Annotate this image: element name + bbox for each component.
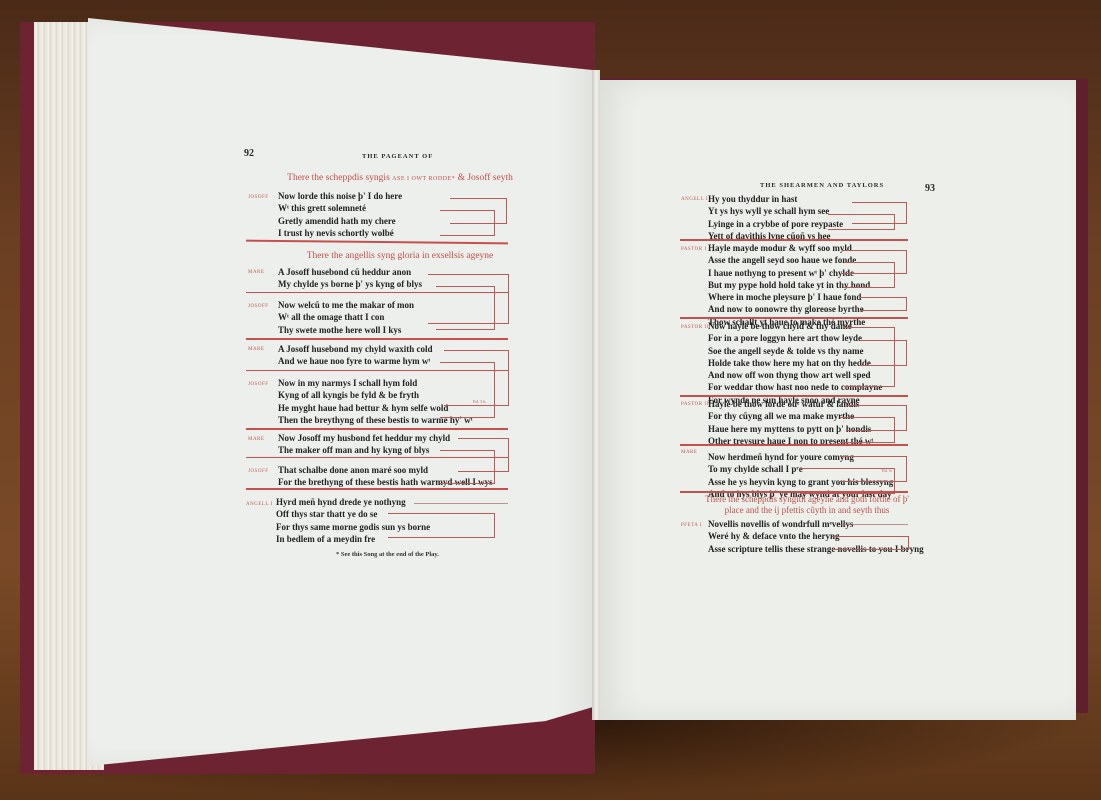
rhyme-bracket — [840, 417, 895, 443]
speech-block: Now lorde this noise þ' I do here Wᵗ thi… — [278, 190, 402, 239]
speech-block: Now welcũ to me the makar of mon Wᵗ all … — [278, 299, 414, 336]
speaker-label: PASTOR I — [681, 247, 707, 252]
section-rule — [246, 488, 508, 490]
rhyme-bracket — [440, 210, 495, 236]
speech-block: A Josoff husebond my chyld waxith cold A… — [278, 343, 433, 368]
rhyme-bracket — [860, 297, 907, 311]
rhyme-bracket — [436, 286, 495, 330]
speaker-label: MARE — [681, 450, 697, 455]
verse-line: Hy you thyddur in hast — [708, 193, 843, 205]
speaker-label: PASTOR II — [681, 325, 709, 330]
speech-block: Hy you thyddur in hast Yt ys hys wyll ye… — [708, 193, 843, 242]
rhyme-bracket — [832, 536, 909, 550]
section-rule — [680, 395, 908, 397]
speaker-label: PFETA I — [681, 523, 702, 528]
speaker-label: JOSOFF — [248, 304, 269, 309]
stage-small-caps: ASE I OWT RODDE* — [392, 176, 455, 182]
section-rule — [680, 444, 908, 446]
speaker-label: JOSOFF — [248, 469, 269, 474]
verse-line: Now Josoff my husbond fet heddur my chyl… — [278, 432, 450, 444]
rhyme-bracket — [440, 362, 495, 418]
verse-line: A Josoff husebond cũ heddur anon — [278, 266, 422, 278]
stage-tail: & Josoff seyth — [458, 173, 513, 183]
rhyme-bracket — [844, 262, 895, 288]
verse-line: Thy swete mothe here woll I kys — [278, 324, 414, 336]
speaker-label: JOSOFF — [248, 195, 269, 200]
speaker-label: PASTOR III — [681, 402, 711, 407]
section-rule — [246, 428, 508, 430]
speaker-label: ANGELL I — [681, 197, 708, 202]
verse-line: Lyinge in a crybbe of pore reypaste — [708, 218, 843, 230]
speaker-label: MARE — [248, 270, 264, 275]
verse-line: I trust hy nevis schortly wolbé — [278, 227, 402, 239]
stage-text: There the scheppdis syngis — [287, 173, 390, 183]
speaker-label: ANGELL I — [246, 502, 273, 507]
rhyme-bracket — [860, 340, 907, 366]
section-rule — [246, 338, 508, 340]
rhyme-bracket — [388, 513, 495, 538]
verse-line: A Josoff husebond my chyld waxith cold — [278, 343, 433, 355]
verse-line: The maker off man and hy kyng of blys — [278, 444, 450, 456]
verse-line: My chylde ys borne þ' ys kyng of blys — [278, 278, 422, 290]
verse-line: Wᵗ this grett solemneté — [278, 202, 402, 214]
verse-line: Where in moche pleysure þ' I haue fond — [708, 291, 870, 303]
section-rule — [680, 317, 908, 319]
speaker-label: JOSOFF — [248, 382, 269, 387]
verse-line: Gretly amendid hath my chere — [278, 215, 402, 227]
stage-direction-2: There the angellis syng gloria in exsell… — [280, 250, 520, 262]
section-rule — [680, 239, 908, 241]
stage-direction-3: There the scheppdis syngith ageyne and g… — [700, 494, 914, 516]
speaker-label: MARE — [248, 437, 264, 442]
speech-block: A Josoff husebond cũ heddur anon My chyl… — [278, 266, 422, 291]
book-gutter — [592, 70, 600, 720]
leader-line — [414, 503, 508, 504]
speech-block: Now Josoff my husbond fet heddur my chyl… — [278, 432, 450, 457]
verse-line: Now welcũ to me the makar of mon — [278, 299, 414, 311]
stage-direction-1: There the scheppdis syngis ASE I OWT ROD… — [280, 172, 520, 185]
section-rule — [680, 491, 908, 493]
footnote: * See this Song at the end of the Play. — [336, 551, 439, 558]
running-head-left: THE PAGEANT OF — [362, 153, 433, 160]
verse-line: Now lorde this noise þ' I do here — [278, 190, 402, 202]
verse-line: And now to oonowre thy gloreose byrthe — [708, 303, 870, 315]
verse-line: Wᵗ all the omage thatt I con — [278, 311, 414, 323]
rhyme-bracket — [828, 214, 895, 230]
leader-line — [840, 524, 908, 525]
speaker-label: MARE — [248, 347, 264, 352]
verse-line: Yt ys hys wyll ye schall hym see — [708, 205, 843, 217]
verse-line: Hyrd meñ hynd drede ye nothyng — [276, 496, 430, 508]
page-number-right: 93 — [925, 183, 935, 194]
page-number-left: 92 — [244, 148, 254, 159]
verse-line: And we haue noo fyre to warme hym wᵗ — [278, 355, 433, 367]
running-head-right: THE SHEARMEN AND TAYLORS — [760, 182, 884, 189]
rhyme-bracket — [440, 450, 495, 484]
